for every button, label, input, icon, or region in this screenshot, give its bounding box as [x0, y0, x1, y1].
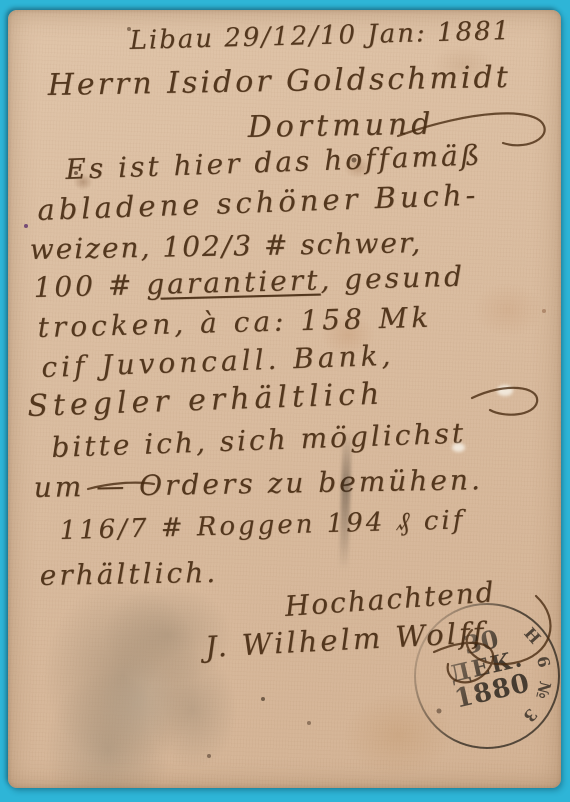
garantiert-underlined: garantiert [146, 264, 321, 302]
garantiert-pre: 100 # [33, 268, 147, 304]
message-line: trocken, à ca: 158 Mk [37, 301, 433, 344]
addressee-name: Herrn Isidor Goldschmidt [47, 60, 511, 103]
ink-specks [8, 10, 10, 12]
dateline: Libau 29/12/10 Jan: 1881 [129, 16, 511, 56]
paper-blemish [452, 443, 465, 452]
postcard: Libau 29/12/10 Jan: 1881 Herrn Isidor Go… [8, 10, 561, 788]
message-line: erhältlich. [39, 556, 218, 592]
message-line: abladene schöner Buch- [37, 178, 480, 227]
message-line: um — Orders zu bemühen. [33, 463, 483, 504]
message-line: bitte ich, sich möglichst [51, 417, 467, 464]
garantiert-post: , gesund [320, 260, 465, 297]
postcard-photo: Libau 29/12/10 Jan: 1881 Herrn Isidor Go… [0, 0, 570, 802]
paper-blemish [497, 385, 513, 396]
message-line: Stegler erhältlich [27, 377, 385, 424]
postmark-stamp: 30 ДЕК. 1880 Н 6 № 3 [414, 603, 560, 749]
message-line-garantiert: 100 # garantiert, gesund [33, 260, 465, 304]
message-line: 116/7 # Roggen 194 ₰ cif [59, 505, 465, 546]
photo-background: { "scene": { "description": "Photograph … [0, 0, 570, 802]
message-line: weizen, 102/3 # schwer, [29, 226, 422, 266]
addressee-city: Dortmund [247, 107, 434, 145]
